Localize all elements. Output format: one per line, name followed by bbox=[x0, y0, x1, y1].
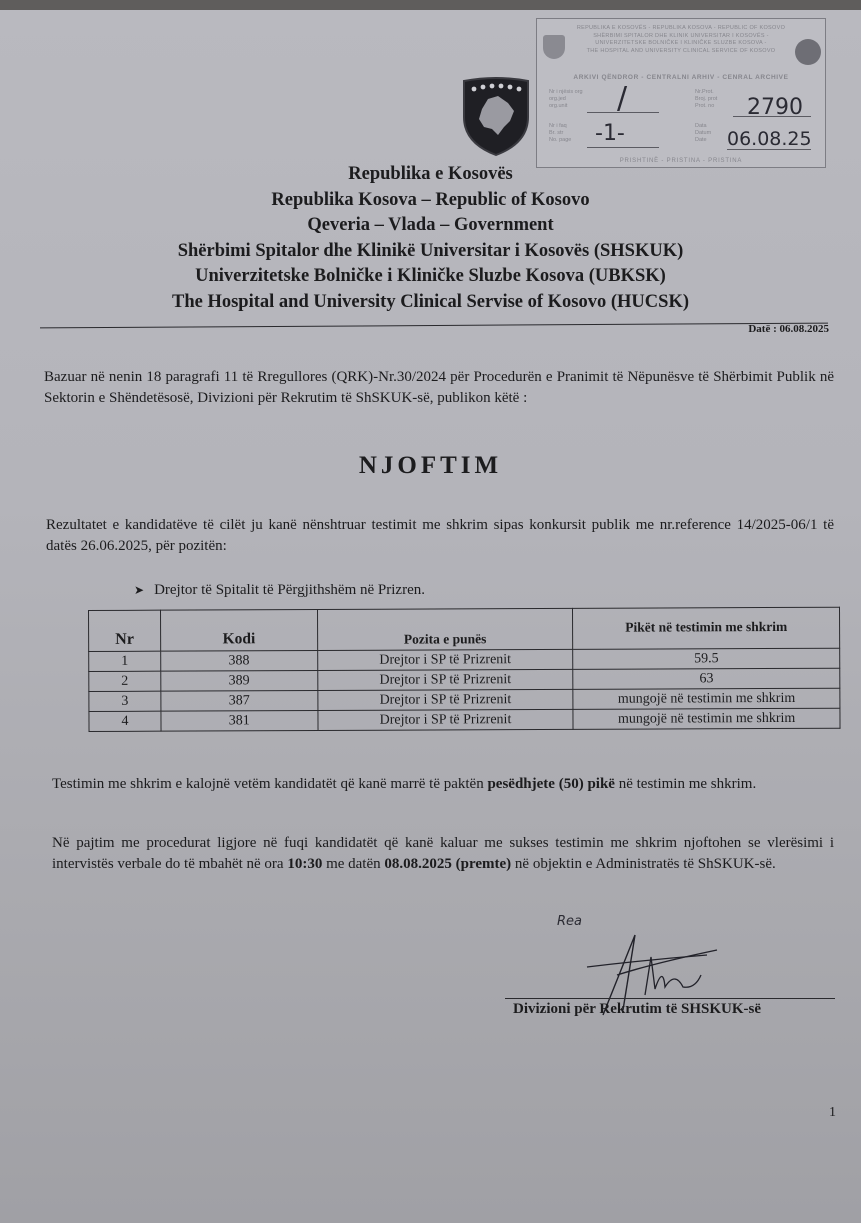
cell-nr: 4 bbox=[89, 711, 161, 731]
signature-block: Rea Divizioni për Rekrutim të SHSKUK-së bbox=[505, 905, 835, 1025]
cell-pozita: Drejtor i SP të Prizrenit bbox=[318, 709, 574, 730]
header-line: Shërbimi Spitalor dhe Klinikë Universita… bbox=[0, 239, 861, 265]
column-header-kodi: Kodi bbox=[160, 610, 317, 652]
stamp-org-unit-value: / bbox=[617, 81, 627, 116]
header-line: Univerzitetske Bolničke i Kliničke Sluzb… bbox=[0, 264, 861, 290]
cell-piket: mungojë në testimin me shkrim bbox=[573, 688, 840, 709]
column-header-nr: Nr bbox=[89, 610, 161, 651]
position-bullet: ➤Drejtor të Spitalit të Përgjithshëm në … bbox=[134, 582, 425, 599]
cell-nr: 3 bbox=[89, 691, 161, 711]
cell-nr: 2 bbox=[89, 671, 161, 691]
table-row: 4381Drejtor i SP të Prizrenitmungojë në … bbox=[89, 708, 840, 731]
pass-threshold: pesëdhjete (50) pikë bbox=[487, 776, 615, 792]
column-header-pozita: Pozita e punës bbox=[317, 608, 573, 650]
kosovo-coat-of-arms-icon bbox=[462, 77, 530, 157]
signature-line bbox=[505, 998, 835, 999]
stamp-prot-value: 2790 bbox=[747, 95, 803, 120]
stamp-org-unit-label: Nr i njësis orgorg.jedorg.unit bbox=[549, 89, 583, 110]
cell-pozita: Drejtor i SP të Prizrenit bbox=[317, 669, 573, 690]
interview-time: 10:30 bbox=[287, 856, 322, 872]
document-header: Republika e Kosovës Republika Kosova – R… bbox=[0, 162, 861, 315]
header-line: The Hospital and University Clinical Ser… bbox=[0, 290, 861, 316]
interview-paragraph: Në pajtim me procedurat ligjore në fuqi … bbox=[52, 833, 834, 875]
results-table: Nr Kodi Pozita e punës Pikët në testimin… bbox=[88, 607, 841, 732]
stamp-date-label: DataDatumDate bbox=[695, 123, 711, 144]
stamp-date-value: 06.08.25 bbox=[727, 128, 812, 150]
stamp-archive-label: ARKIVI QËNDROR - CENTRALNI ARHIV - CENRA… bbox=[537, 74, 825, 81]
header-line: Qeveria – Vlada – Government bbox=[0, 213, 861, 239]
intro-paragraph: Bazuar në nenin 18 paragrafi 11 të Rregu… bbox=[44, 367, 834, 409]
document-title: NJOFTIM bbox=[0, 452, 861, 480]
stamp-page-value: -1- bbox=[595, 121, 625, 146]
column-header-piket: Pikët në testimin me shkrim bbox=[573, 607, 840, 649]
header-line: Republika Kosova – Republic of Kosovo bbox=[0, 188, 861, 214]
cell-pozita: Drejtor i SP të Prizrenit bbox=[318, 689, 574, 710]
signature-label: Divizioni për Rekrutim të SHSKUK-së bbox=[513, 1001, 761, 1018]
header-divider bbox=[40, 323, 828, 329]
cell-pozita: Drejtor i SP të Prizrenit bbox=[317, 649, 573, 670]
stamp-prot-label: Nr.Prot.Broj. protProt. no bbox=[695, 89, 717, 110]
cell-piket: mungojë në testimin me shkrim bbox=[573, 708, 840, 729]
stamp-header: REPUBLIKA E KOSOVËS - REPUBLIKA KOSOVA -… bbox=[537, 25, 825, 55]
page-number: 1 bbox=[829, 1105, 836, 1121]
document-date: Datë : 06.08.2025 bbox=[748, 323, 829, 335]
cell-kodi: 387 bbox=[161, 690, 318, 711]
table-header-row: Nr Kodi Pozita e punës Pikët në testimin… bbox=[89, 607, 840, 651]
cell-kodi: 381 bbox=[161, 710, 318, 731]
header-line: Republika e Kosovës bbox=[0, 162, 861, 188]
cell-nr: 1 bbox=[89, 651, 161, 671]
pass-rule-paragraph: Testimin me shkrim e kalojnë vetëm kandi… bbox=[52, 773, 834, 795]
results-paragraph: Rezultatet e kandidatëve të cilët ju kan… bbox=[46, 515, 834, 557]
cell-kodi: 389 bbox=[161, 670, 318, 691]
cell-piket: 59.5 bbox=[573, 648, 840, 669]
cell-piket: 63 bbox=[573, 668, 840, 689]
stamp-page-label: Nr i faqBr. strNo. page bbox=[549, 123, 571, 144]
interview-date: 08.08.2025 (premte) bbox=[384, 856, 511, 872]
archive-stamp: REPUBLIKA E KOSOVËS - REPUBLIKA KOSOVA -… bbox=[536, 18, 826, 168]
cell-kodi: 388 bbox=[161, 650, 318, 671]
arrow-bullet-icon: ➤ bbox=[134, 583, 144, 598]
document-page: REPUBLIKA E KOSOVËS - REPUBLIKA KOSOVA -… bbox=[0, 10, 861, 1223]
svg-text:Rea: Rea bbox=[557, 914, 582, 929]
